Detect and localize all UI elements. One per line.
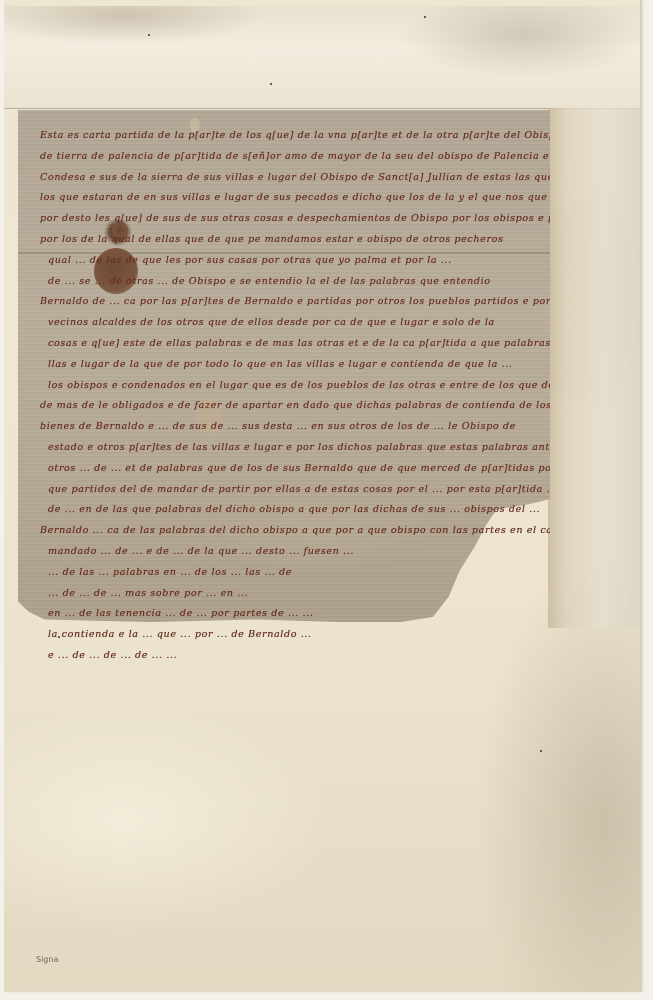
speck	[270, 83, 272, 85]
text-line: estado e otros p[ar]tes de las villas e …	[40, 438, 550, 459]
text-line: por desto les q[ue] de sus de sus otras …	[40, 209, 550, 230]
top-mounting-strip	[4, 6, 640, 109]
text-line: qual ... de las de que les por sus casas…	[40, 251, 550, 272]
text-line: llas e lugar de la que de por todo lo qu…	[40, 355, 550, 376]
text-line: por los de la qual de ellas que de que p…	[40, 230, 550, 251]
text-line: de ... se ... de otras ... de Obispo e s…	[40, 272, 550, 293]
text-line: Condesa e sus de la sierra de sus villas…	[40, 168, 550, 189]
text-line: Bernaldo de ... ca por las p[ar]tes de B…	[40, 292, 550, 313]
text-line: otros ... de ... et de palabras que de l…	[40, 459, 550, 480]
text-line: vecinos alcaldes de los otros que de ell…	[40, 313, 550, 334]
text-line: e ... de ... de ... de ... ...	[40, 646, 348, 667]
text-line: la contienda e la ... que ... por ... de…	[40, 625, 378, 646]
text-line: de mas de le obligados e de fazer de apa…	[40, 396, 550, 417]
text-line: ... de ... de ... mas sobre por ... en .…	[40, 584, 428, 605]
margin-note: Signa	[36, 955, 58, 964]
text-line: Bernaldo ... ca de las palabras del dich…	[40, 521, 550, 542]
manuscript-text: Esta es carta partida de la p[ar]te de l…	[40, 126, 550, 667]
text-line: Esta es carta partida de la p[ar]te de l…	[40, 126, 550, 147]
text-line: que partidos del de mandar de partir por…	[40, 480, 550, 501]
text-line: de tierra de palencia de p[ar]tida de s[…	[40, 147, 550, 168]
text-line: bienes de Bernaldo e ... de sus de ... s…	[40, 417, 550, 438]
speck	[424, 16, 426, 18]
text-line: de ... en de las que palabras del dicho …	[40, 500, 550, 521]
text-line: en ... de las tenencia ... de ... por pa…	[40, 604, 418, 625]
text-line: cosas e q[ue] este de ellas palabras e d…	[40, 334, 550, 355]
text-line: los obispos e condenados en el lugar que…	[40, 376, 550, 397]
text-line: los que estaran de en sus villas e lugar…	[40, 188, 550, 209]
speck	[540, 750, 542, 752]
text-line: mandado ... de ... e de ... de la que ..…	[40, 542, 468, 563]
right-mounting-strip	[548, 108, 640, 628]
speck	[148, 34, 150, 36]
speck	[58, 636, 60, 638]
text-line: ... de las ... palabras en ... de los ..…	[40, 563, 448, 584]
